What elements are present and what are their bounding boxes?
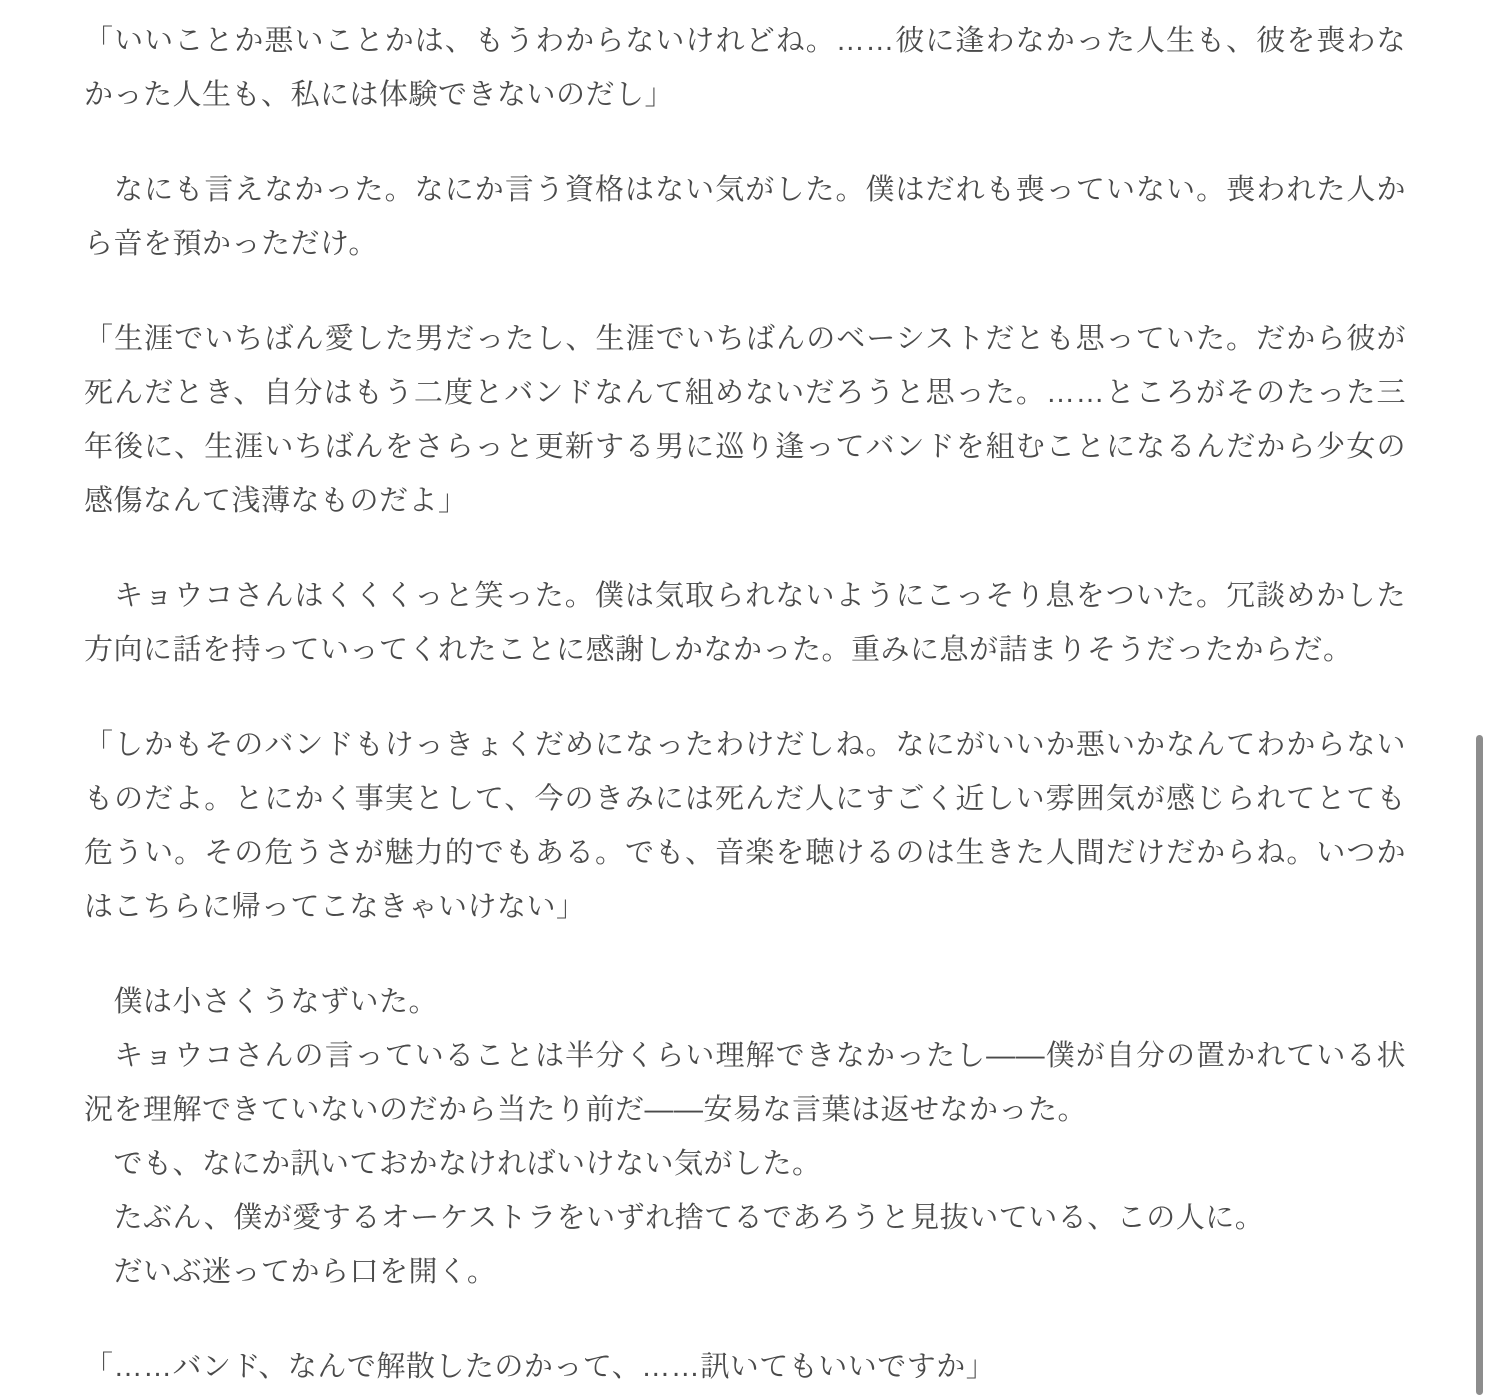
paragraph: 「しかもそのバンドもけっきょくだめになったわけだしね。なにがいいか悪いかなんてわ… — [84, 718, 1406, 934]
scrollbar-thumb[interactable] — [1476, 735, 1483, 1395]
reader-page: 「いいことか悪いことかは、もうわからないけれどね。……彼に逢わなかった人生も、彼… — [0, 0, 1488, 1395]
paragraph: キョウコさんの言っていることは半分くらい理解できなかったし――僕が自分の置かれて… — [84, 1029, 1406, 1137]
paragraph: 「いいことか悪いことかは、もうわからないけれどね。……彼に逢わなかった人生も、彼… — [84, 14, 1406, 122]
paragraph: 「生涯でいちばん愛した男だったし、生涯でいちばんのベーシストだとも思っていた。だ… — [84, 312, 1406, 528]
paragraph: 「……バンド、なんで解散したのかって、……訊いてもいいですか」 — [84, 1340, 1406, 1394]
paragraph: なにも言えなかった。なにか言う資格はない気がした。僕はだれも喪っていない。喪われ… — [84, 163, 1406, 271]
paragraph: たぶん、僕が愛するオーケストラをいずれ捨てるであろうと見抜いている、この人に。 — [84, 1191, 1406, 1245]
paragraph: キョウコさんはくくくっと笑った。僕は気取られないようにこっそり息をついた。冗談め… — [84, 569, 1406, 677]
paragraph: だいぶ迷ってから口を開く。 — [84, 1245, 1406, 1299]
novel-text-body: 「いいことか悪いことかは、もうわからないけれどね。……彼に逢わなかった人生も、彼… — [84, 14, 1406, 1394]
paragraph: 僕は小さくうなずいた。 — [84, 975, 1406, 1029]
paragraph: でも、なにか訊いておかなければいけない気がした。 — [84, 1137, 1406, 1191]
